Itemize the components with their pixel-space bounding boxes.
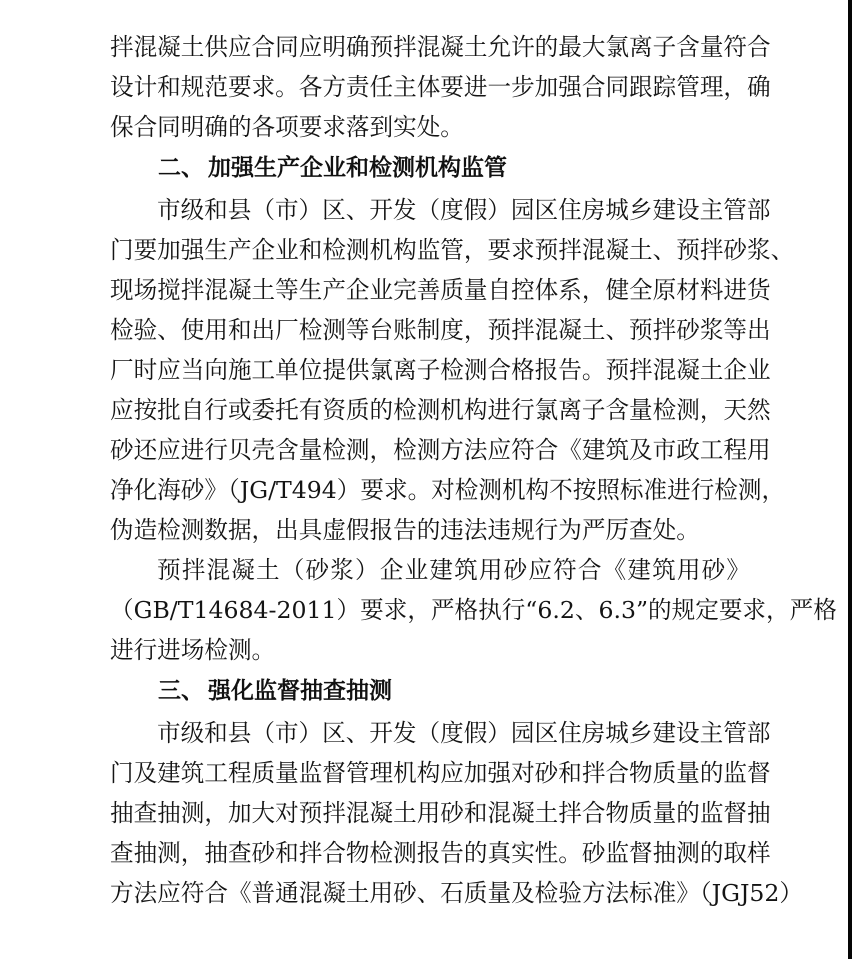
text-line: 净化海砂》（JG/T494）要求。对检测机构不按照标准进行检测， — [110, 470, 750, 510]
text-line: 市级和县（市）区、开发（度假）园区住房城乡建设主管部 — [110, 190, 750, 230]
text-line: （GB/T14684-2011）要求，严格执行“6.2、6.3”的规定要求，严格 — [110, 590, 750, 630]
text-line: 检验、使用和出厂检测等台账制度，预拌混凝土、预拌砂浆等出 — [110, 310, 750, 350]
text-line: 查抽测，抽查砂和拌合物检测报告的真实性。砂监督抽测的取样 — [110, 833, 750, 873]
text-line: 抽查抽测，加大对预拌混凝土用砂和混凝土拌合物质量的监督抽 — [110, 793, 750, 833]
section-2-paragraph-2: 预拌混凝土（砂浆）企业建筑用砂应符合《建筑用砂》 （GB/T14684-2011… — [110, 550, 750, 670]
section-3-paragraph-1: 市级和县（市）区、开发（度假）园区住房城乡建设主管部 门及建筑工程质量监督管理机… — [110, 713, 750, 913]
text-line: 设计和规范要求。各方责任主体要进一步加强合同跟踪管理，确 — [110, 67, 750, 107]
text-line: 拌混凝土供应合同应明确预拌混凝土允许的最大氯离子含量符合 — [110, 27, 750, 67]
text-line: 预拌混凝土（砂浆）企业建筑用砂应符合《建筑用砂》 — [110, 550, 750, 590]
document-page: 拌混凝土供应合同应明确预拌混凝土允许的最大氯离子含量符合 设计和规范要求。各方责… — [0, 0, 848, 959]
page-edge-border — [848, 0, 852, 959]
section-title: 加强生产企业和检测机构监管 — [208, 155, 507, 181]
text-line: 市级和县（市）区、开发（度假）园区住房城乡建设主管部 — [110, 713, 750, 753]
section-number: 二、 — [158, 147, 208, 190]
section-2-paragraph-1: 市级和县（市）区、开发（度假）园区住房城乡建设主管部 门要加强生产企业和检测机构… — [110, 190, 750, 550]
document-body: 拌混凝土供应合同应明确预拌混凝土允许的最大氯离子含量符合 设计和规范要求。各方责… — [110, 27, 750, 913]
section-title: 强化监督抽查抽测 — [208, 678, 392, 704]
text-line: 应按批自行或委托有资质的检测机构进行氯离子含量检测，天然 — [110, 390, 750, 430]
text-line: 门及建筑工程质量监督管理机构应加强对砂和拌合物质量的监督 — [110, 753, 750, 793]
section-number: 三、 — [158, 670, 208, 713]
section-heading-3: 三、强化监督抽查抽测 — [110, 670, 750, 713]
text-line: 方法应符合《普通混凝土用砂、石质量及检验方法标准》（JGJ52） — [110, 873, 750, 913]
text-line: 现场搅拌混凝土等生产企业完善质量自控体系，健全原材料进货 — [110, 270, 750, 310]
section-heading-2: 二、加强生产企业和检测机构监管 — [110, 147, 750, 190]
text-line: 保合同明确的各项要求落到实处。 — [110, 107, 750, 147]
text-line: 伪造检测数据，出具虚假报告的违法违规行为严厉查处。 — [110, 510, 750, 550]
text-line: 门要加强生产企业和检测机构监管，要求预拌混凝土、预拌砂浆、 — [110, 230, 750, 270]
text-line: 厂时应当向施工单位提供氯离子检测合格报告。预拌混凝土企业 — [110, 350, 750, 390]
intro-paragraph-continuation: 拌混凝土供应合同应明确预拌混凝土允许的最大氯离子含量符合 设计和规范要求。各方责… — [110, 27, 750, 147]
text-line: 砂还应进行贝壳含量检测，检测方法应符合《建筑及市政工程用 — [110, 430, 750, 470]
text-line: 进行进场检测。 — [110, 630, 750, 670]
